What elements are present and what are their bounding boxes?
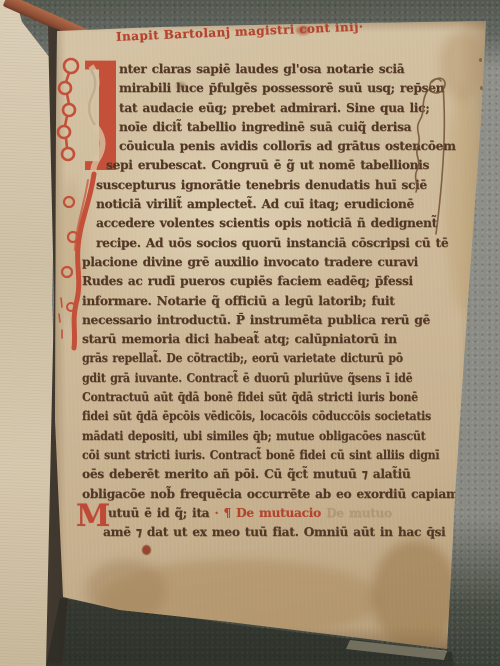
- text-line: necessario introductū. P̄ instrumēta pub…: [82, 311, 397, 330]
- text-line: nter claras sapiē laudes gl'osa notarie …: [82, 60, 397, 79]
- text-line: recipe. Ad uōs socios quorū instanciā cō…: [82, 234, 397, 253]
- text-segment: utuū ē id q̃; ita: [108, 506, 209, 520]
- parchment-stain: [372, 540, 458, 650]
- faded-text: De mutuo: [326, 506, 392, 520]
- text-line: cōi sunt stricti iuris. Contract̃ bonē f…: [82, 446, 366, 465]
- text-line: tat audacie eūq; prebet admirari. Sine q…: [82, 99, 397, 118]
- inline-rubric: · ¶ De mutuacio: [214, 506, 320, 520]
- initial-letter-M: M: [76, 501, 110, 532]
- margin-pen-flourish: [402, 72, 454, 247]
- text-line: starū memoria dici habeat̃ atq; calūpnia…: [82, 330, 397, 349]
- ink-blot: [142, 545, 151, 555]
- text-line: informare. Notarie q̃ officiū a legū lat…: [82, 292, 397, 311]
- text-line: sepi erubescat. Congruū ē g̃ ut nomē tab…: [82, 156, 397, 175]
- sewing-hole: [479, 58, 482, 62]
- text-line: fidei sūt q̄dā ēpcōis vēdicōis, locacōis…: [82, 407, 366, 426]
- text-line: suscepturus ignorātie tenebris denudatis…: [82, 176, 397, 195]
- text-line: gdit grā iuvante. Contract̃ ē duorū plur…: [82, 369, 366, 388]
- manuscript-page: Inapit Bartolanj magistri cont̃ inij· I: [0, 0, 500, 666]
- text-line: obligacōe nob̃ frequēcia occurrēte ab eo…: [82, 485, 397, 504]
- text-line: placione divine grē auxilio invocato tra…: [82, 253, 397, 272]
- text-line: oēs deberēt merito añ pōi. Cū q̃ct̃ mutu…: [82, 465, 397, 484]
- text-line: mādati depositi, ubi similes q̄b; mutue …: [82, 427, 366, 446]
- mutuum-paragraph: M utuū ē id q̃; ita · ¶ De mutuacio De m…: [82, 504, 402, 543]
- photo-scene: Inapit Bartolanj magistri cont̃ inij· I: [0, 0, 500, 666]
- text-line: Contractuū aūt q̄dā bonē fidei sūt q̄dā …: [82, 388, 366, 407]
- initial-flourish-chain: [58, 59, 78, 160]
- text-line: grās repellat̃. De cōtractib;, eorū vari…: [82, 349, 366, 368]
- text-line: amē ⁊ dat ut ex meo tuū fiat. Omniū aūt …: [82, 523, 402, 542]
- text-line: noticiā virilit̃ amplectet̃. Ad cuī itaq…: [82, 195, 397, 214]
- text-line: accedere volentes scientis opis noticiā …: [82, 214, 397, 233]
- text-line: cōuicula penis avidis collorīs ad grātus…: [82, 137, 397, 156]
- text-line: noīe dicit̃ tabellio ingredinē suā cuiq̃…: [82, 118, 397, 137]
- text-line: Rudes ac rudī pueros cupiēs faciem eadēq…: [82, 272, 397, 291]
- text-block: nter claras sapiē laudes gl'osa notarie …: [82, 60, 397, 504]
- text-line: utuū ē id q̃; ita · ¶ De mutuacio De mut…: [82, 504, 402, 523]
- text-line: mirabili luce p̄fulgēs possessorē suū us…: [82, 79, 397, 98]
